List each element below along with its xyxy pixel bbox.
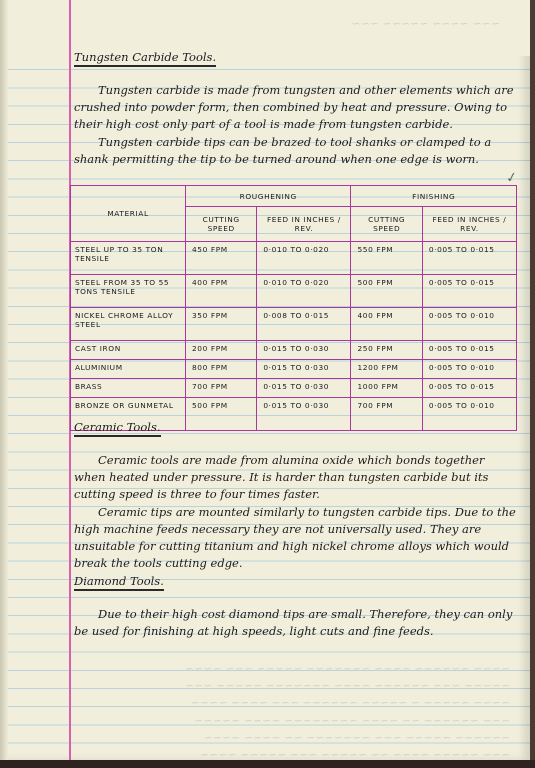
cell-rough-feed: 0·010 to 0·020 (257, 275, 351, 308)
table-row: Steel up to 35 ton tensile450 FPM0·010 t… (71, 242, 517, 275)
cell-material: Steel from 35 to 55 tons tensile (71, 275, 186, 308)
cell-finish-speed: 250 FPM (351, 341, 422, 360)
section-heading-tungsten: Tungsten Carbide Tools. (74, 50, 216, 67)
cell-finish-speed: 550 FPM (351, 242, 422, 275)
cell-rough-feed: 0·008 to 0·015 (257, 308, 351, 341)
cell-rough-speed: 400 FPM (186, 275, 257, 308)
header-finish-cutting-speed: Cutting Speed (351, 207, 422, 242)
table-row: Aluminium800 FPM0·015 to 0·0301200 FPM0·… (71, 360, 517, 379)
diamond-paragraph-1: Due to their high cost diamond tips are … (74, 606, 519, 640)
cell-finish-feed: 0·005 to 0·010 (422, 360, 516, 379)
cell-rough-speed: 200 FPM (186, 341, 257, 360)
ceramic-paragraph-1: Ceramic tools are made from alumina oxid… (74, 452, 519, 504)
cell-rough-feed: 0·015 to 0·030 (257, 360, 351, 379)
cell-finish-feed: 0·005 to 0·015 (422, 379, 516, 398)
ceramic-paragraphs: Ceramic tools are made from alumina oxid… (74, 452, 519, 572)
cell-finish-speed: 400 FPM (351, 308, 422, 341)
header-rough-feed: Feed in Inches / Rev. (257, 207, 351, 242)
cell-finish-feed: 0·005 to 0·015 (422, 242, 516, 275)
header-roughening: Roughening (186, 186, 351, 207)
section-heading-ceramic: Ceramic Tools. (74, 420, 161, 437)
cell-rough-feed: 0·010 to 0·020 (257, 242, 351, 275)
cell-finish-feed: 0·005 to 0·010 (422, 308, 516, 341)
cell-material: Cast iron (71, 341, 186, 360)
cell-finish-feed: 0·005 to 0·015 (422, 275, 516, 308)
cell-finish-feed: 0·005 to 0·015 (422, 341, 516, 360)
table-row: Brass700 FPM0·015 to 0·0301000 FPM0·005 … (71, 379, 517, 398)
cell-finish-speed: 1200 FPM (351, 360, 422, 379)
bleed-through-text: ~~~~ ~~~~~~ ~~~~ ~~~~~~~ ~~~~~ ~~~ ~~~~~… (80, 660, 510, 763)
cell-rough-feed: 0·015 to 0·030 (257, 398, 351, 431)
cell-rough-feed: 0·015 to 0·030 (257, 341, 351, 360)
header-finishing: Finishing (351, 186, 517, 207)
diamond-paragraphs: Due to their high cost diamond tips are … (74, 606, 519, 640)
cell-material: Steel up to 35 ton tensile (71, 242, 186, 275)
cell-rough-speed: 700 FPM (186, 379, 257, 398)
header-finish-feed: Feed in Inches / Rev. (422, 207, 516, 242)
cell-rough-speed: 350 FPM (186, 308, 257, 341)
page-bottom-edge (0, 760, 535, 768)
header-rough-cutting-speed: Cutting Speed (186, 207, 257, 242)
table-row: Nickel chrome alloy steel350 FPM0·008 to… (71, 308, 517, 341)
header-material: Material (71, 186, 186, 242)
cell-rough-feed: 0·015 to 0·030 (257, 379, 351, 398)
cell-finish-speed: 500 FPM (351, 275, 422, 308)
notebook-page: ~~~ ~~~~ ~~~~~ ~~~ ~~~~ ~~~~~~ ~~~~ ~~~~… (0, 0, 530, 760)
cutting-speeds-table: Material Roughening Finishing Cutting Sp… (70, 185, 517, 431)
cell-finish-feed: 0·005 to 0·010 (422, 398, 516, 431)
tungsten-paragraph-2: Tungsten carbide tips can be brazed to t… (74, 134, 519, 168)
tungsten-paragraph-1: Tungsten carbide is made from tungsten a… (74, 82, 519, 134)
cell-material: Aluminium (71, 360, 186, 379)
cell-material: Brass (71, 379, 186, 398)
table-row: Cast iron200 FPM0·015 to 0·030250 FPM0·0… (71, 341, 517, 360)
tungsten-paragraphs: Tungsten carbide is made from tungsten a… (74, 82, 519, 168)
ceramic-paragraph-2: Ceramic tips are mounted similarly to tu… (74, 504, 519, 573)
bleed-through-text: ~~~ ~~~~ ~~~~~ ~~~ (280, 15, 500, 32)
cell-rough-speed: 500 FPM (186, 398, 257, 431)
page-right-edge (530, 0, 535, 768)
cell-finish-speed: 1000 FPM (351, 379, 422, 398)
page-spine-shadow (0, 0, 8, 760)
table-row: Steel from 35 to 55 tons tensile400 FPM0… (71, 275, 517, 308)
cell-rough-speed: 450 FPM (186, 242, 257, 275)
table-body: Steel up to 35 ton tensile450 FPM0·010 t… (71, 242, 517, 431)
cell-rough-speed: 800 FPM (186, 360, 257, 379)
section-heading-diamond: Diamond Tools. (74, 574, 164, 591)
cell-material: Nickel chrome alloy steel (71, 308, 186, 341)
cell-finish-speed: 700 FPM (351, 398, 422, 431)
